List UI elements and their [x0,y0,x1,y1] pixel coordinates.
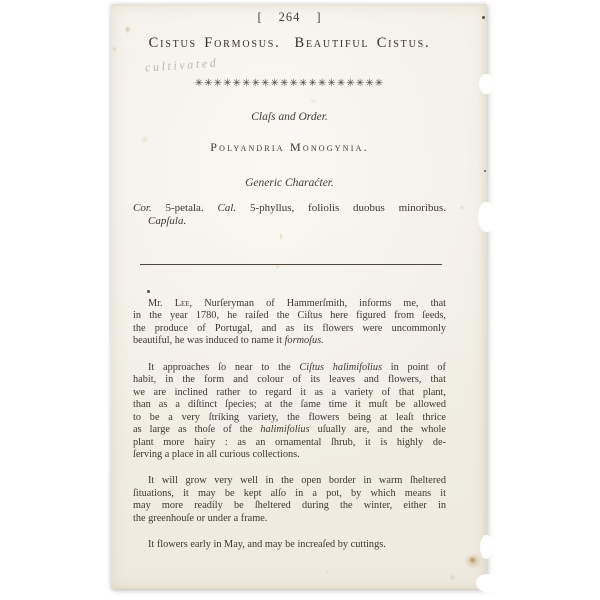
page-title: Cistus Formosus.Beautiful Cistus. [133,35,446,52]
paragraph: It will grow very well in the open borde… [133,475,446,525]
class-order-heading: Claſs and Order. [133,111,446,123]
class-order-value: Polyandria Monogynia. [133,140,446,155]
text-line: plant more hairy : as an ornamental ſhru… [133,437,446,449]
paragraph: It flowers early in May, and may be incr… [133,539,446,551]
text-line: Capſula. [133,215,446,228]
page-number-value: 264 [279,10,301,24]
section-divider [140,264,442,265]
text-line: than as a diſtinct ſpecies; at the ſame … [133,399,446,411]
text-line: beautiful, he was induced to name it for… [133,335,446,347]
text-line: the greenhouſe or under a frame. [133,513,446,525]
text-line: It will grow very well in the open borde… [133,475,446,487]
page-content: [264] Cistus Formosus.Beautiful Cistus. … [111,4,487,589]
text-line: It approaches ſo near to the Ciſtus hali… [133,362,446,374]
page-number: [264] [133,10,446,25]
text-line: in the year 1780, he raiſed the Ciſtus h… [133,310,446,322]
title-latin: Cistus Formosus. [149,35,281,51]
paragraph: Mr. Lee, Nurſeryman of Hammerſmith, info… [133,298,446,348]
bracket-open: [ [257,10,262,24]
scan-background: [264] Cistus Formosus.Beautiful Cistus. … [0,0,600,600]
bracket-close: ] [316,10,321,24]
text-line: Cor. 5-petala. Cal. 5-phyllus, foliolis … [133,202,446,215]
pencil-annotation: cultivated [145,51,276,75]
text-line: may more readily be ſheltered during the… [133,500,446,512]
book-page: [264] Cistus Formosus.Beautiful Cistus. … [111,4,487,589]
text-line: Mr. Lee, Nurſeryman of Hammerſmith, info… [133,298,446,310]
body-text: Mr. Lee, Nurſeryman of Hammerſmith, info… [133,298,446,552]
text-line: ſerving a place in all curious collectio… [133,449,446,461]
generic-character-text: Cor. 5-petala. Cal. 5-phyllus, foliolis … [133,202,446,228]
text-line: to be a very ſtriking variety, the flowe… [133,412,446,424]
text-line: we are inclined rather to regard it as a… [133,387,446,399]
paragraph: It approaches ſo near to the Ciſtus hali… [133,362,446,462]
title-english: Beautiful Cistus. [295,35,431,51]
text-line: as large as thoſe of the halimifolius uſ… [133,424,446,436]
text-line: habit, in the form and colour of its lea… [133,374,446,386]
text-line: the produce of Portugal, and as its flow… [133,323,446,335]
ornament-row: ✳✳✳✳✳✳✳✳✳✳✳✳✳✳✳✳✳✳✳✳ [133,78,446,89]
text-line: ſituations, it may be kept alſo in a pot… [133,488,446,500]
text-line: It flowers early in May, and may be incr… [133,539,446,551]
generic-character-heading: Generic Charaćter. [133,177,446,189]
